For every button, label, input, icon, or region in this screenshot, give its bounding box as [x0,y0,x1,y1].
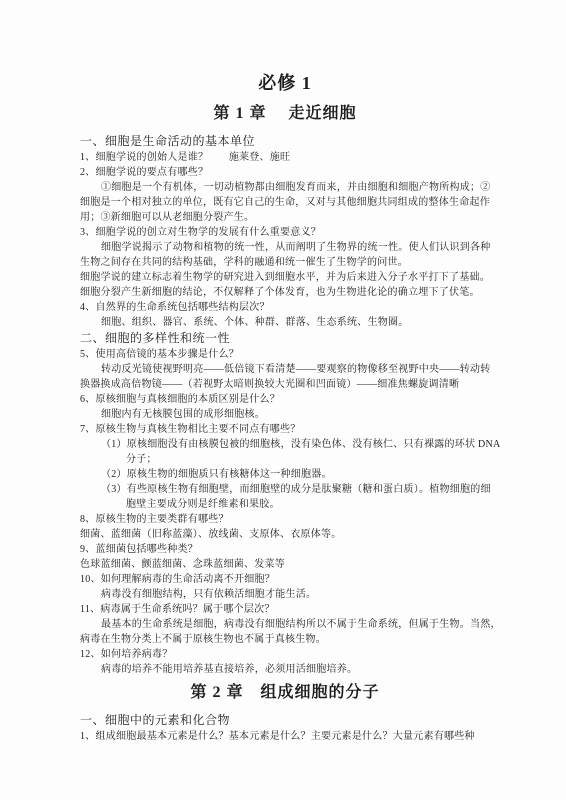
question-line: 5、使用高倍镜的基本步骤是什么？ [80,347,490,362]
chapter-heading: 第 2 章 组成细胞的分子 [80,681,490,705]
doc-title: 必修 1 [80,70,490,96]
answer-line: 胞壁主要成分则是纤维素和果胶。 [80,497,490,512]
question-line: 6、原核细胞与真核细胞的本质区别是什么？ [80,392,490,407]
answer-line: （2）原核生物的细胞质只有核糖体这一种细胞器。 [80,467,490,482]
answer-line: （1）原核细胞没有由核膜包被的细胞核，没有染色体、没有核仁、只有裸露的环状 DN… [80,437,490,452]
answer-line: 细胞是一个相对独立的单位，既有它自己的生命，又对与其他细胞共同组成的整体生命起作 [80,195,490,210]
question-line: 11、病毒属于生命系统吗？属于哪个层次？ [80,602,490,617]
question-line: 2、细胞学说的要点有哪些？ [80,165,490,180]
answer-line: 病毒没有细胞结构，只有依赖活细胞才能生活。 [80,587,490,602]
answer-line: 色球蓝细菌、颤蓝细菌、念珠蓝细菌、发菜等 [80,557,490,572]
answer-line: 最基本的生命系统是细胞，病毒没有细胞结构所以不属于生命系统，但属于生物。当然， [80,617,490,632]
section-heading: 一、细胞是生命活动的基本单位 [80,133,490,150]
answer-line: （3）有些原核生物有细胞壁，而细胞壁的成分是肽聚糖（糖和蛋白质）。植物细胞的细 [80,482,490,497]
answer-line: 细胞学说揭示了动物和植物的统一性，从而阐明了生物界的统一性。使人们认识到各种 [80,240,490,255]
answer-line: 分子； [80,452,490,467]
question-line: 4、自然界的生命系统包括哪些结构层次？ [80,300,490,315]
answer-line: 换器换成高倍物镜——（若视野太暗则换较大光圈和凹面镜）——细准焦螺旋调清晰 [80,377,490,392]
document-page: 必修 1第 1 章 走近细胞一、细胞是生命活动的基本单位1、细胞学说的创始人是谁… [0,0,566,800]
answer-line: 细胞内有无核膜包围的成形细胞核。 [80,407,490,422]
answer-line: ①细胞是一个有机体，一切动植物都由细胞发育而来，并由细胞和细胞产物所构成；② [80,180,490,195]
section-heading: 一、细胞中的元素和化合物 [80,712,490,729]
question-line: 9、蓝细菌包括哪些种类？ [80,542,490,557]
answer-line: 病毒的培养不能用培养基直接培养，必须用活细胞培养。 [80,662,490,677]
answer-line: 细胞、组织、器官、系统、个体、种群、群落、生态系统、生物圈。 [80,315,490,330]
question-line: 3、细胞学说的创立对生物学的发展有什么重要意义？ [80,225,490,240]
question-line: 1、细胞学说的创始人是谁？ 施莱登、施旺 [80,150,490,165]
question-line: 7、原核生物与真核生物相比主要不同点有哪些？ [80,422,490,437]
question-line: 10、如何理解病毒的生命活动离不开细胞？ [80,572,490,587]
answer-line: 生物之间存在共同的结构基础，学科的融通和统一催生了生物学的问世。 [80,255,490,270]
section-heading: 二、细胞的多样性和统一性 [80,330,490,347]
answer-line: 病毒在生物分类上不属于原核生物也不属于真核生物。 [80,632,490,647]
answer-line: 细胞学说的建立标志着生物学的研究进入到细胞水平，并为后来进入分子水平打下了基础。 [80,270,490,285]
question-line: 1、组成细胞最基本元素是什么？基本元素是什么？主要元素是什么？大量元素有哪些种 [80,729,490,744]
answer-line: 细胞分裂产生新细胞的结论，不仅解释了个体发育，也为生物进化论的确立埋下了伏笔。 [80,285,490,300]
chapter-heading: 第 1 章 走近细胞 [80,102,490,126]
answer-line: 转动反光镜使视野明亮——低倍镜下看清楚——要观察的物像移至视野中央——转动转 [80,362,490,377]
answer-line: 细菌、蓝细菌（旧称蓝藻）、放线菌、支原体、衣原体等。 [80,527,490,542]
answer-line: 用；③新细胞可以从老细胞分裂产生。 [80,210,490,225]
question-line: 12、如何培养病毒？ [80,647,490,662]
question-line: 8、原核生物的主要类群有哪些？ [80,512,490,527]
